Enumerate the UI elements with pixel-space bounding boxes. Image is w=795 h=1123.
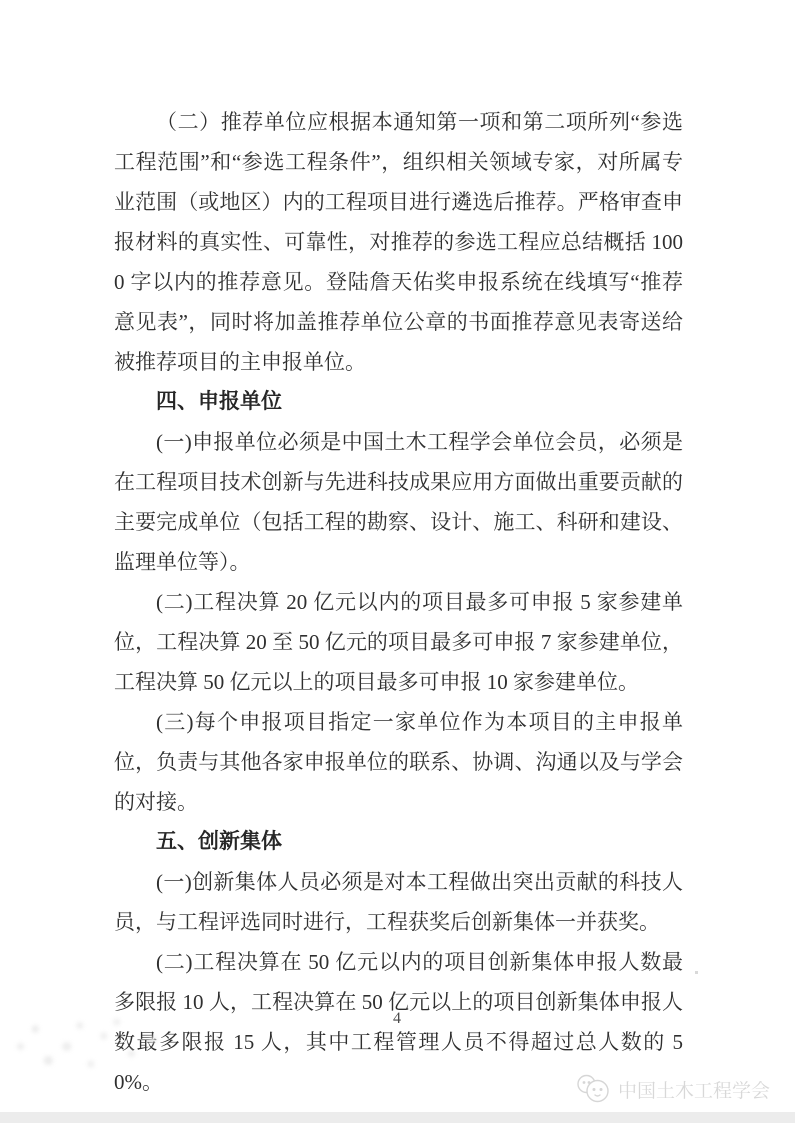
section-heading: 四、申报单位 — [114, 382, 683, 422]
section-heading: 五、创新集体 — [114, 822, 683, 862]
wechat-account-watermark: 中国土木工程学会 — [576, 1070, 770, 1108]
scan-speck — [695, 971, 698, 974]
document-page: （二）推荐单位应根据本通知第一项和第二项所列“参选工程范围”和“参选工程条件”，… — [0, 0, 795, 1123]
document-body: （二）推荐单位应根据本通知第一项和第二项所列“参选工程范围”和“参选工程条件”，… — [114, 102, 683, 1102]
paragraph: (三)每个申报项目指定一家单位作为本项目的主申报单位，负责与其他各家申报单位的联… — [114, 702, 683, 822]
ink-smudge-watermark — [2, 1008, 187, 1078]
paragraph: (一)创新集体人员必须是对本工程做出突出贡献的科技人员，与工程评选同时进行，工程… — [114, 862, 683, 942]
panda-mascot-logo-icon — [576, 1072, 610, 1106]
account-name: 中国土木工程学会 — [618, 1076, 770, 1103]
paragraph: （二）推荐单位应根据本通知第一项和第二项所列“参选工程范围”和“参选工程条件”，… — [114, 102, 683, 382]
paragraph: (一)申报单位必须是中国土木工程学会单位会员，必须是在工程项目技术创新与先进科技… — [114, 422, 683, 582]
paragraph: (二)工程决算 20 亿元以内的项目最多可申报 5 家参建单位，工程决算 20 … — [114, 582, 683, 702]
bottom-strip — [0, 1112, 795, 1123]
